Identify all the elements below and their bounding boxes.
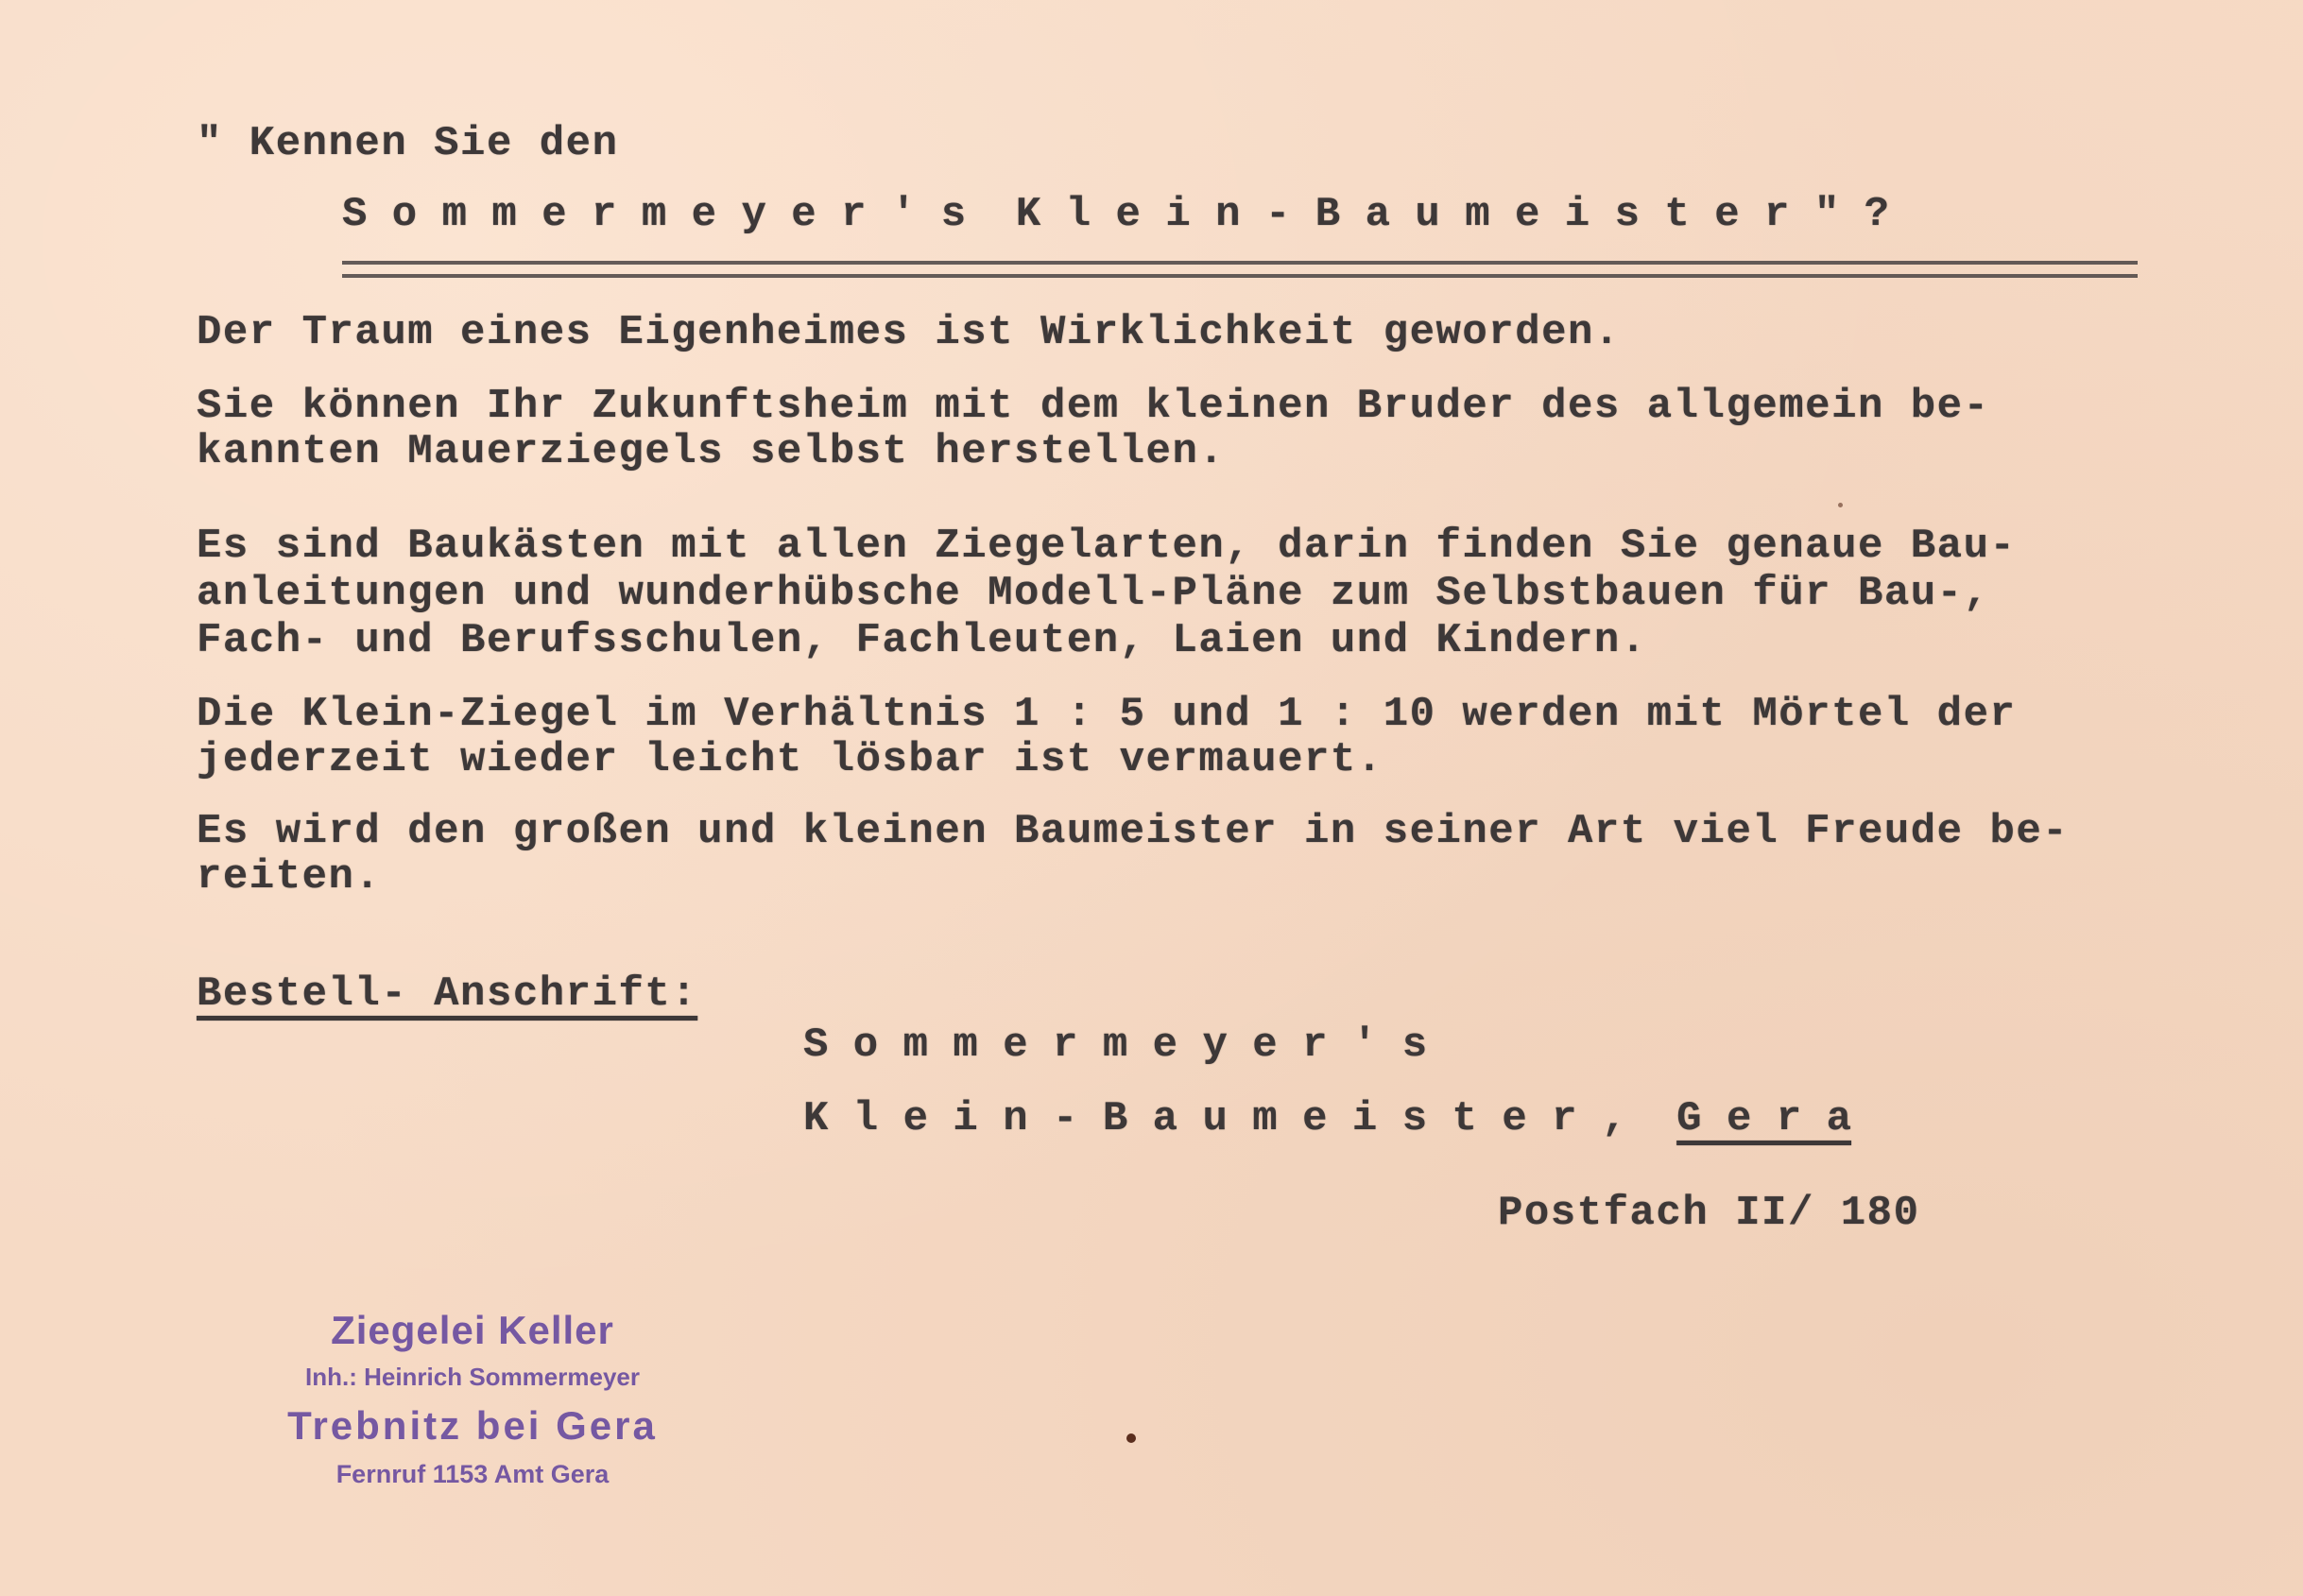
paragraph-5-line-2: reiten. bbox=[197, 854, 381, 900]
stamp-owner: Inh.: Heinrich Sommermeyer bbox=[236, 1357, 709, 1397]
heading-product-name: S o m m e r m e y e r ' s K l e i n - B … bbox=[342, 192, 1889, 237]
paragraph-2-line-1: Sie können Ihr Zukunftsheim mit dem klei… bbox=[197, 384, 1990, 429]
company-rubber-stamp: Ziegelei Keller Inh.: Heinrich Sommermey… bbox=[236, 1304, 709, 1493]
paragraph-5-line-1: Es wird den großen und kleinen Baumeiste… bbox=[197, 809, 2069, 854]
order-address-postbox: Postfach II/ 180 bbox=[1498, 1191, 1919, 1236]
paragraph-3-line-3: Fach- und Berufsschulen, Fachleuten, Lai… bbox=[197, 618, 1647, 663]
stamp-location: Trebnitz bei Gera bbox=[236, 1397, 709, 1455]
paper-speck bbox=[1838, 503, 1843, 507]
paper-speck bbox=[1126, 1433, 1136, 1443]
paragraph-4-line-2: jederzeit wieder leicht lösbar ist verma… bbox=[197, 737, 1384, 782]
order-address-city-line: K l e i n - B a u m e i s t e r , G e r … bbox=[803, 1096, 1851, 1141]
order-address-company-line: S o m m e r m e y e r ' s bbox=[803, 1022, 1427, 1068]
stamp-phone: Fernruf 1153 Amt Gera bbox=[236, 1455, 709, 1493]
heading-double-underline bbox=[342, 261, 2138, 278]
paragraph-3-line-2: anleitungen und wunderhübsche Modell-Plä… bbox=[197, 571, 1990, 616]
heading-question-intro: " Kennen Sie den bbox=[197, 121, 618, 166]
paragraph-4-line-1: Die Klein-Ziegel im Verhältnis 1 : 5 und… bbox=[197, 692, 2016, 737]
paragraph-1-line-1: Der Traum eines Eigenheimes ist Wirklich… bbox=[197, 310, 1621, 355]
typed-letter-sheet: " Kennen Sie den S o m m e r m e y e r '… bbox=[0, 0, 2303, 1596]
paragraph-3-line-1: Es sind Baukästen mit allen Ziegelarten,… bbox=[197, 523, 2016, 569]
order-address-city: G e r a bbox=[1676, 1095, 1851, 1142]
order-address-label: Bestell- Anschrift: bbox=[197, 971, 697, 1017]
paragraph-2-line-2: kannten Mauerziegels selbst herstellen. bbox=[197, 429, 1225, 474]
stamp-company-name: Ziegelei Keller bbox=[236, 1304, 709, 1357]
order-address-company-suffix: K l e i n - B a u m e i s t e r , bbox=[803, 1095, 1676, 1142]
